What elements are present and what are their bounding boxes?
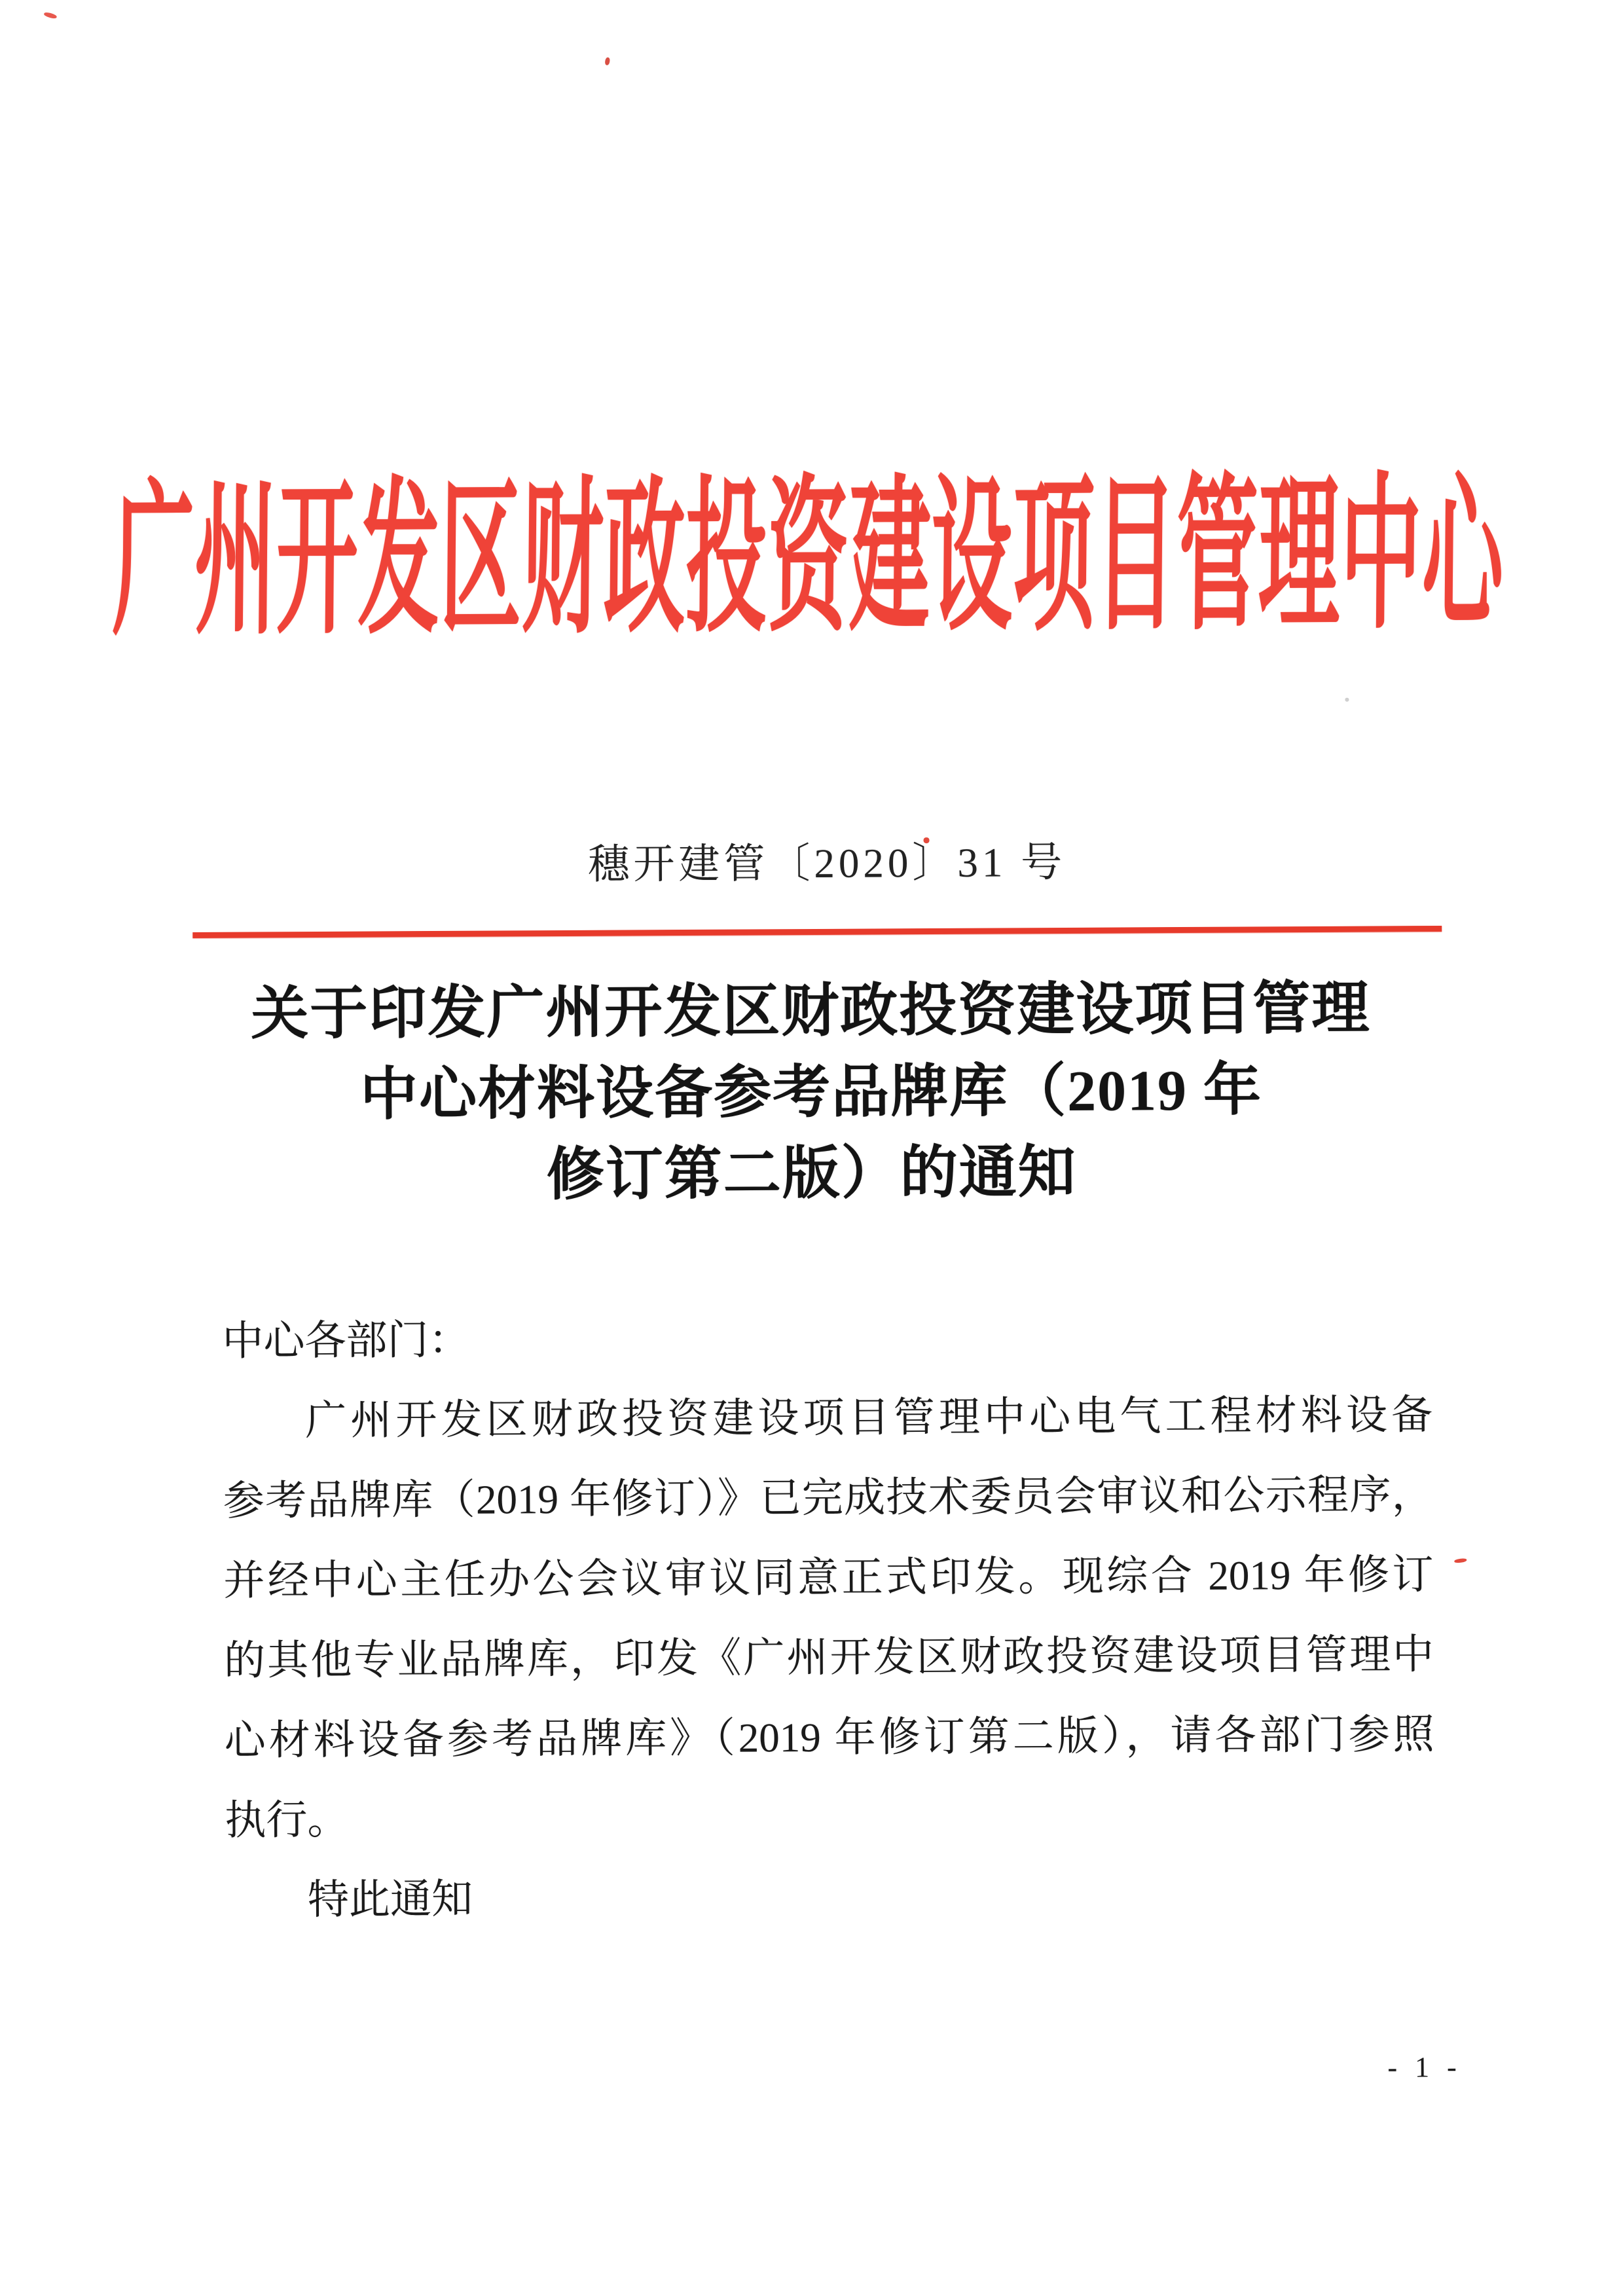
paragraph-line: 广州开发区财政投资建设项目管理中心电气工程材料设备	[223, 1375, 1433, 1461]
paragraph-line: 的其他专业品牌库，印发《广州开发区财政投资建设项目管理中	[224, 1614, 1434, 1701]
document-number: 穗开建管〔2020〕31 号	[16, 835, 1623, 891]
paragraph-end-line: 执行。	[225, 1774, 1435, 1861]
red-ink-speck	[604, 57, 610, 65]
paragraph-line: 并经中心主任办公会议审议同意正式印发。现综合 2019 年修订	[223, 1535, 1434, 1621]
notice-body: 中心各部门： 广州开发区财政投资建设项目管理中心电气工程材料设备 参考品牌库（2…	[222, 1295, 1435, 1941]
paragraph-line: 参考品牌库（2019 年修订）》已完成技术委员会审议和公示程序，	[223, 1455, 1433, 1541]
closing-line: 特此通知	[225, 1854, 1436, 1941]
salutation-line: 中心各部门：	[222, 1295, 1432, 1381]
red-ink-speck	[1454, 1558, 1467, 1563]
red-ink-speck	[924, 837, 930, 843]
notice-title-line-1: 关于印发广州开发区财政投资建设项目管理	[0, 968, 1622, 1057]
scanned-document-content: 广州开发区财政投资建设项目管理中心 穗开建管〔2020〕31 号 关于印发广州开…	[0, 0, 1623, 2296]
gray-scan-speck	[1345, 698, 1349, 702]
agency-masthead-title: 广州开发区财政投资建设项目管理中心	[112, 473, 1504, 647]
official-notice-page: 广州开发区财政投资建设项目管理中心 穗开建管〔2020〕31 号 关于印发广州开…	[0, 0, 1623, 2296]
red-ink-speck	[43, 11, 57, 19]
notice-title: 关于印发广州开发区财政投资建设项目管理 中心材料设备参考品牌库（2019 年 修…	[0, 968, 1623, 1220]
agency-masthead: 广州开发区财政投资建设项目管理中心	[0, 456, 1620, 665]
page-number: - 1 -	[1387, 2051, 1462, 2085]
notice-title-line-3: 修订第二版）的通知	[0, 1130, 1623, 1220]
paragraph-line: 心材料设备参考品牌库》（2019 年修订第二版），请各部门参照	[224, 1694, 1434, 1781]
notice-title-line-2: 中心材料设备参考品牌库（2019 年	[0, 1049, 1623, 1139]
red-divider-line	[192, 926, 1442, 938]
